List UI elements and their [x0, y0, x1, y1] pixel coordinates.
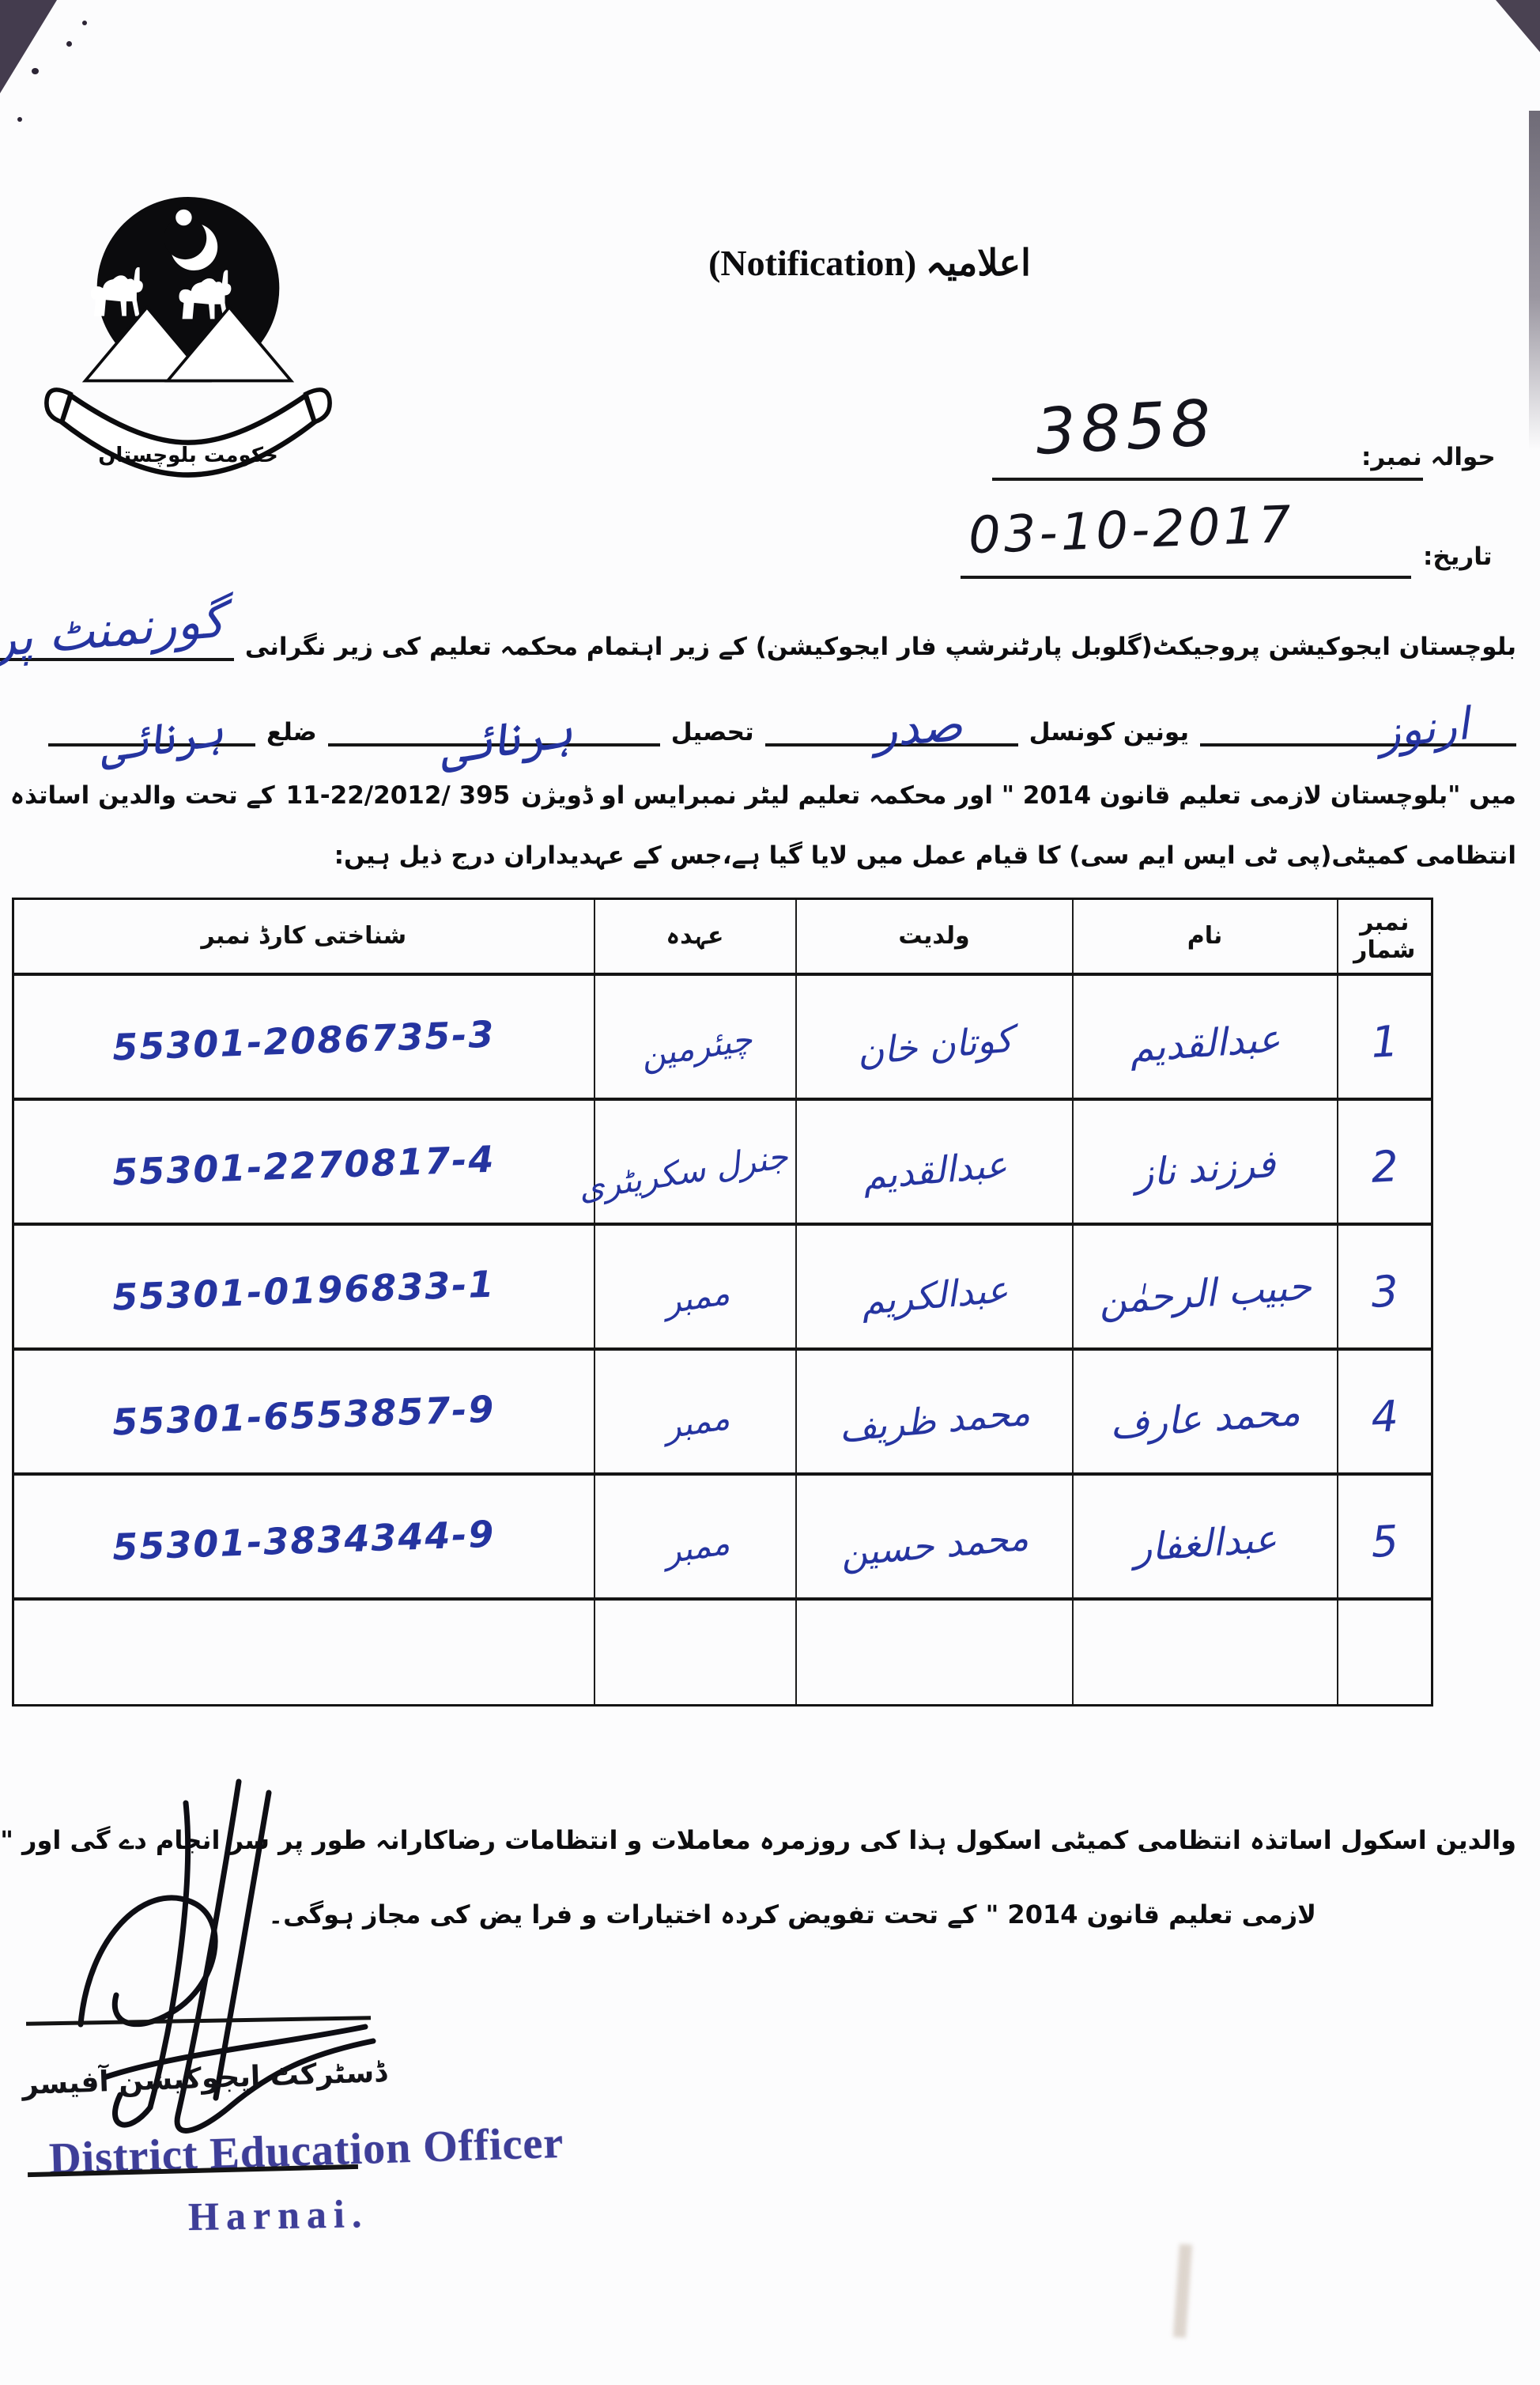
father-name-handwritten: کوتان خان: [856, 1022, 1014, 1068]
scanned-notification-page: حکومت بلوچستان اعلامیہ (Notification) حو…: [0, 0, 1540, 2385]
body-line-1: بلوچستان ایجوکیشن پروجیکٹ(گلوبل پارٹنرشپ…: [24, 633, 1516, 661]
title-urdu: اعلامیہ: [926, 243, 1031, 283]
title-english: (Notification): [708, 243, 916, 283]
document-title: اعلامیہ (Notification): [664, 241, 1075, 284]
serial-handwritten: 2: [1370, 1147, 1399, 1187]
table-empty-row: [13, 1599, 1432, 1706]
father-name-handwritten: عبدالقدیم: [862, 1148, 1009, 1193]
table-header-row: نمبر شمار نام ولدیت عہدہ شناختی کارڈ نمب…: [13, 899, 1432, 974]
date-label: تاریخ:: [1423, 542, 1493, 571]
cnic-handwritten: 55301-6553857-9: [112, 1393, 496, 1438]
header-cnic: شناختی کارڈ نمبر: [13, 899, 594, 974]
name-handwritten: حبیب الرحمٰن: [1098, 1270, 1313, 1319]
body-line-3-number: 11-22/2012/ 395: [286, 781, 511, 810]
cnic-handwritten: 55301-0196833-1: [112, 1268, 496, 1313]
designation-handwritten: ممبر: [662, 1277, 731, 1317]
serial-handwritten: 4: [1370, 1397, 1399, 1437]
header-serial: نمبر شمار: [1338, 899, 1432, 974]
designation-handwritten: چیئرمین: [639, 1024, 754, 1071]
table-row: 3 حبیب الرحمٰن عبدالکریم ممبر 55301-0196…: [13, 1224, 1432, 1349]
scan-speck: [66, 41, 72, 47]
village-handwritten: ارنوز: [1376, 702, 1470, 756]
scan-artifact-top-left: [0, 0, 57, 93]
body-line-2: ارنوز یونین کونسل صدر تحصیل ہرنائی ضلع ہ…: [24, 718, 1516, 746]
body-line-3-pre: میں "بلوچستان لازمی تعلیم قانون 2014 " ا…: [521, 781, 1516, 810]
serial-handwritten: 3: [1370, 1272, 1399, 1312]
school-name-blank: گورنمنٹ پرائمری سکول: [0, 650, 234, 661]
name-handwritten: محمد عارف: [1109, 1396, 1302, 1443]
scan-artifact-right-edge: [1529, 111, 1540, 451]
date-value-handwritten: 03-10-2017: [968, 496, 1295, 565]
header-father: ولدیت: [796, 899, 1073, 974]
cnic-handwritten: 55301-2086735-3: [112, 1018, 496, 1064]
table-row: 4 محمد عارف محمد ظریف ممبر 55301-6553857…: [13, 1349, 1432, 1474]
district-label: ضلع: [266, 718, 317, 746]
designation-handwritten: ممبر: [662, 1527, 731, 1567]
scan-smudge: [1173, 2244, 1192, 2338]
union-council-label: یونین کونسل: [1029, 718, 1189, 746]
tehsil-handwritten: ہرنائی: [436, 707, 576, 771]
father-name-handwritten: محمد ظریف: [838, 1396, 1032, 1445]
union-council-handwritten: صدر: [873, 701, 964, 754]
scan-artifact-top-right: [1496, 0, 1540, 52]
office-stamp-line-2: Harnai.: [188, 2190, 369, 2239]
emblem-banner-text: حکومت بلوچستان: [98, 444, 278, 467]
cnic-handwritten: 55301-2270817-4: [112, 1143, 496, 1189]
balochistan-government-emblem: حکومت بلوچستان: [41, 176, 335, 492]
committee-members-table: نمبر شمار نام ولدیت عہدہ شناختی کارڈ نمب…: [12, 898, 1433, 1707]
table-row: 5 عبدالغفار محمد حسین ممبر 55301-3834344…: [13, 1474, 1432, 1599]
star-icon: [176, 210, 191, 225]
body-line-4-text: انتظامی کمیٹی(پی ٹی ایس ایم سی) کا قیام …: [334, 841, 1516, 870]
name-handwritten: عبدالقدیم: [1129, 1022, 1282, 1066]
table-row: 2 فرزند ناز عبدالقدیم جنرل سکریٹری 55301…: [13, 1099, 1432, 1224]
district-blank: ہرنائی: [48, 735, 255, 746]
emblem-ribbon: حکومت بلوچستان: [47, 390, 330, 475]
header-name: نام: [1073, 899, 1338, 974]
school-name-handwritten: گورنمنٹ پرائمری سکول: [0, 595, 227, 688]
tehsil-blank: ہرنائی: [328, 735, 660, 746]
cnic-handwritten: 55301-3834344-9: [112, 1518, 496, 1563]
designation-handwritten: ممبر: [662, 1402, 731, 1442]
body-line-1-text: بلوچستان ایجوکیشن پروجیکٹ(گلوبل پارٹنرشپ…: [245, 633, 1516, 661]
name-handwritten: عبدالغفار: [1133, 1522, 1278, 1567]
scan-speck: [32, 68, 39, 74]
serial-handwritten: 5: [1370, 1522, 1399, 1562]
reference-line: [992, 478, 1423, 481]
header-designation: عہدہ: [594, 899, 796, 974]
district-handwritten: ہرنائی: [96, 709, 226, 769]
body-line-4: انتظامی کمیٹی(پی ٹی ایس ایم سی) کا قیام …: [24, 841, 1516, 870]
name-handwritten: فرزند ناز: [1134, 1147, 1277, 1191]
scan-speck: [17, 117, 22, 122]
body-line-3-post: کے تحت والدین اساتذہ سکول: [0, 781, 275, 810]
village-blank: ارنوز: [1200, 735, 1516, 746]
table-row: 1 عبدالقدیم کوتان خان چیئرمین 55301-2086…: [13, 974, 1432, 1099]
reference-label: حوالہ نمبر:: [1361, 443, 1496, 471]
reference-value-handwritten: 3858: [1034, 386, 1217, 469]
union-council-blank: صدر: [765, 735, 1018, 746]
serial-handwritten: 1: [1370, 1022, 1399, 1062]
designation-handwritten: جنرل سکریٹری: [576, 1141, 790, 1204]
body-line-3: میں "بلوچستان لازمی تعلیم قانون 2014 " ا…: [24, 781, 1516, 810]
father-name-handwritten: عبدالکریم: [860, 1273, 1010, 1318]
tehsil-label: تحصیل: [671, 718, 754, 746]
footer-paragraph-line-2: لازمی تعلیم قانون 2014 " کے تحت تفویض کر…: [581, 1899, 1316, 1930]
date-line: [961, 576, 1411, 579]
father-name-handwritten: محمد حسین: [840, 1521, 1030, 1570]
scan-speck: [82, 21, 87, 25]
